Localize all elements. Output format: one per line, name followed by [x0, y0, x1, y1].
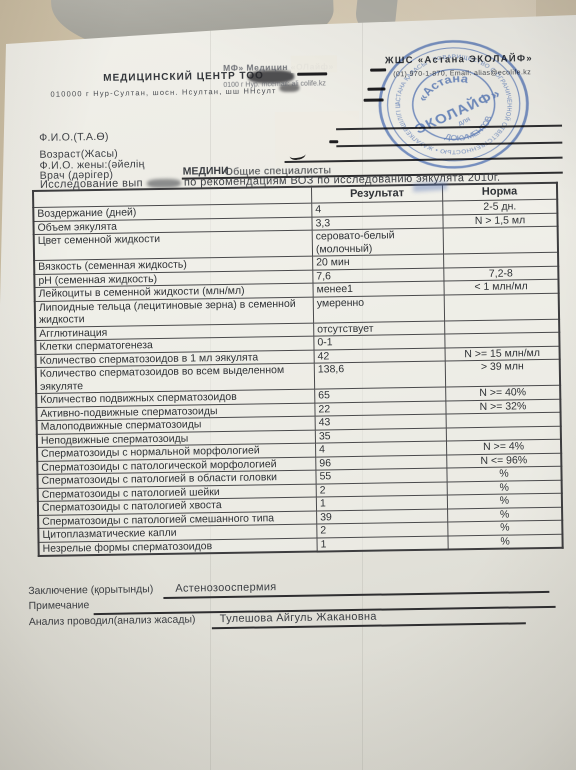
param-result: серовато-белый (молочный): [312, 228, 443, 256]
header-norm: Норма: [442, 183, 557, 201]
analyst-value: Тулешова Айгуль Жакановна: [220, 611, 377, 625]
param-result: 138,6: [314, 361, 445, 389]
whiteout-patch: [291, 55, 337, 73]
analyst-label: Анализ проводил(анализ жасады): [29, 613, 196, 628]
param-norm: [443, 226, 558, 254]
round-stamp: АСТАНА ҚАЛАСЫ • ТОВАРИЩЕСТВО С ОГРАНИЧЕН…: [368, 30, 540, 179]
fio-label: Ф.И.О.(Т.А.Ө): [39, 131, 109, 144]
whiteout-patch: [275, 111, 360, 166]
param-norm: > 39 млн: [445, 359, 560, 387]
note-label: Примечание: [28, 599, 89, 612]
conclusion-value: Астенозооспермия: [175, 581, 276, 595]
param-norm: %: [448, 534, 563, 550]
document-content: МЕДИЦИНСКИЙ ЦЕНТР ТОО 010000 г Нур-Султа…: [0, 0, 576, 770]
results-table: Результат Норма Воздержание (дней)42-5 д…: [32, 182, 564, 557]
param-result: 1: [317, 536, 448, 552]
conclusion-label: Заключение (қорытынды): [28, 583, 153, 597]
redaction-dash: [329, 140, 338, 143]
ink-smudge: [146, 178, 180, 188]
param-result: умеренно: [313, 295, 444, 323]
param-norm: [444, 293, 559, 321]
redaction-dash: [297, 72, 327, 75]
results-table-body: Воздержание (дней)42-5 дн.Объем эякулята…: [33, 199, 562, 556]
photo: МЕДИЦИНСКИЙ ЦЕНТР ТОО 010000 г Нур-Султа…: [0, 0, 576, 770]
clinic-address-center: 0100 г Нур. mcemail: ali colife.kz: [223, 80, 353, 89]
